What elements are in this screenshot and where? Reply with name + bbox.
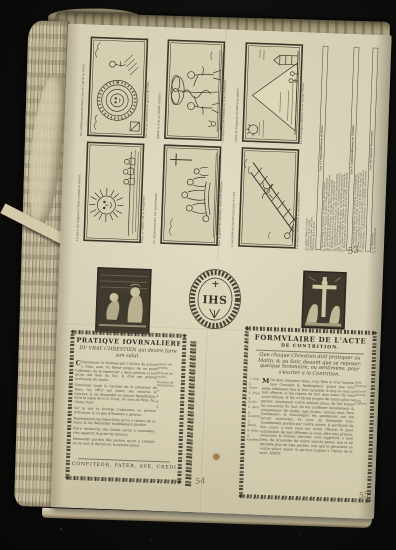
eden-woodcut — [164, 39, 226, 141]
creation-woodcut — [87, 36, 149, 138]
mountain-woodcut — [242, 42, 304, 144]
pratique-subtitle: DV VRAY CHRESTIEN qui desire faire son s… — [78, 346, 178, 361]
formulaire-body: MOn doux Seigneur Iesus, vray Dieu & vra… — [258, 378, 355, 493]
engraving-holy-mountain: Dont le Seigneur monstra sa gloire. — [235, 42, 311, 145]
radiant-face-woodcut — [83, 141, 145, 243]
pratique-body: COmmencer la Matinee par l'Action de gra… — [72, 360, 157, 459]
dropcap: C — [75, 360, 80, 366]
dropcap: M — [262, 378, 270, 384]
ihs-emblem: IHS — [187, 267, 243, 331]
antique-book: Au commencement Dieu crea le Ciel & la T… — [12, 8, 396, 531]
engraving-jacobs-ladder: L'eschelle de Iacob touchant le Ciel. — [231, 147, 307, 250]
engraving-adam-eve: Adam & Eue au Iardin d'Eden. — [157, 39, 233, 142]
engraving-creation-cosmos: Au commencement Dieu crea le Ciel & la T… — [80, 36, 156, 139]
lamentation-woodcut — [160, 144, 222, 246]
folio-number-55: 55 — [358, 490, 369, 500]
engraving-holy-face: La Face du Seigneur reluit comme le Sole… — [76, 141, 152, 244]
pratique-margin-notes: Action de graces.Prieres du matin.Examen… — [154, 363, 178, 460]
annunciation-vignette — [95, 267, 152, 335]
pratique-footer: CONFITEOR, PATER, AVE, CREDO. — [72, 462, 176, 471]
engraving-lamentation: Ils pleurerent sur luy amerement. — [153, 144, 229, 247]
dust-speck — [300, 533, 301, 535]
photo-backdrop: Au commencement Dieu crea le Ciel & la T… — [0, 0, 396, 550]
ladder-woodcut — [238, 147, 300, 249]
crucifixion-vignette — [301, 270, 347, 330]
album-page: Au commencement Dieu crea le Ciel & la T… — [50, 24, 392, 520]
dust-speck — [60, 528, 62, 530]
formulaire-subtitle: Que chaque Chrestien doit pratiquer au M… — [251, 352, 368, 378]
formulaire-block: FORMVLAIRE DE L'ACTE DE CONTRITION. Que … — [239, 326, 377, 503]
pratique-block: PRATIQVE IOVRNALIERE DV VRAY CHRESTIEN q… — [65, 330, 186, 484]
catechism-columns: Le Pater, l'Aue, le Credo,le Confiteor &… — [305, 44, 384, 252]
folio-number-54: 54 — [195, 476, 206, 486]
engravings-plate: Au commencement Dieu crea le Ciel & la T… — [74, 34, 384, 257]
dust-speck — [150, 540, 152, 541]
emblem-monogram: IHS — [202, 293, 227, 307]
ornament-strip — [185, 340, 196, 486]
ink-stain — [212, 453, 220, 460]
